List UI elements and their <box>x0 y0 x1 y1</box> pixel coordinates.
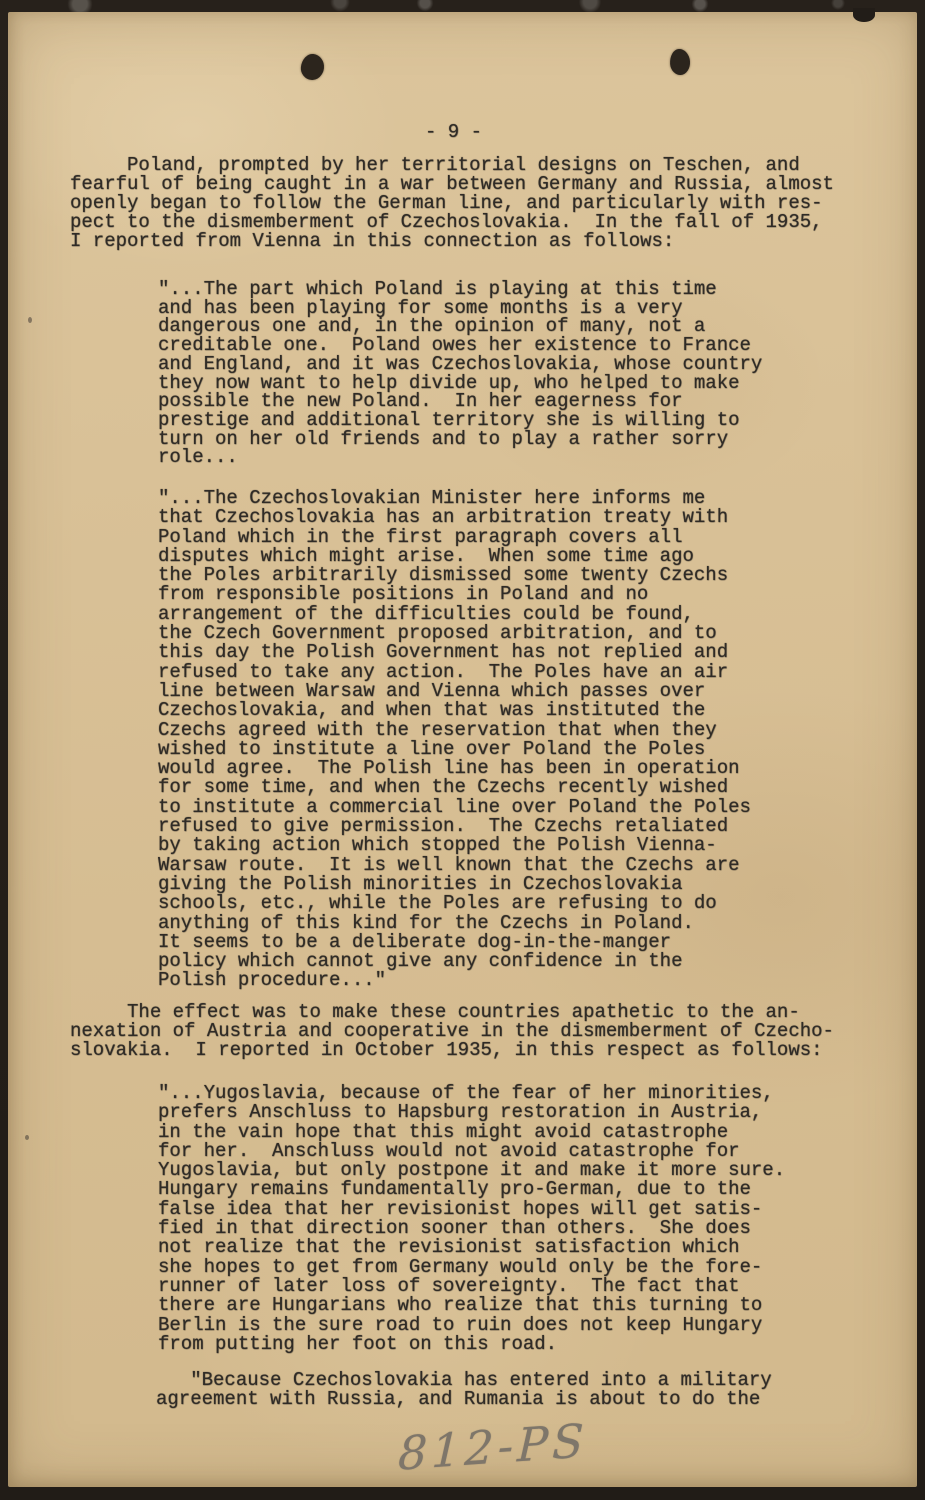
text-line: for some time, and when the Czechs recen… <box>158 778 751 797</box>
text-line: this day the Polish Government has not r… <box>158 643 751 662</box>
text-line: role... <box>158 448 762 467</box>
text-line: "...The part which Poland is playing at … <box>158 280 762 299</box>
text-line: that Czechoslovakia has an arbitration t… <box>158 508 751 527</box>
quote-yugoslavia-hungary: "...Yugoslavia, because of the fear of h… <box>158 1084 785 1354</box>
quote-polands-role: "...The part which Poland is playing at … <box>158 280 762 467</box>
effect-paragraph: The effect was to make these countries a… <box>70 1003 834 1060</box>
text-line: Berlin is the sure road to ruin does not… <box>158 1316 785 1335</box>
text-line: Czechs agreed with the reservation that … <box>158 721 751 740</box>
text-line: I reported from Vienna in this connectio… <box>70 232 834 251</box>
text-line: from responsible positions in Poland and… <box>158 585 751 604</box>
text-line: in the vain hope that this might avoid c… <box>158 1123 785 1142</box>
text-line: creditable one. Poland owes her existenc… <box>158 336 762 355</box>
intro-paragraph: Poland, prompted by her territorial desi… <box>70 156 834 251</box>
text-line: Poland which in the first paragraph cove… <box>158 528 751 547</box>
text-line: anything of this kind for the Czechs in … <box>158 914 751 933</box>
text-line: schools, etc., while the Poles are refus… <box>158 894 751 913</box>
text-line: from putting her foot on this road. <box>158 1335 785 1354</box>
scan-backdrop: - 9 - Poland, prompted by her territoria… <box>0 0 925 1500</box>
text-line: there are Hungarians who realize that th… <box>158 1296 785 1315</box>
hole-punch-left <box>300 53 326 81</box>
hole-punch-right <box>669 48 691 75</box>
paper-edge-notch <box>853 8 875 22</box>
text-line: and England, and it was Czechoslovakia, … <box>158 355 762 374</box>
text-line: turn on her old friends and to play a ra… <box>158 430 762 449</box>
page-number: - 9 - <box>425 121 482 143</box>
ink-speck <box>365 434 368 437</box>
text-line: prefers Anschluss to Hapsburg restoratio… <box>158 1103 785 1122</box>
document-page: - 9 - Poland, prompted by her territoria… <box>8 12 917 1487</box>
exhibit-number-handwritten: 812-PS <box>397 1413 588 1481</box>
quote-czechoslovakian-minister: "...The Czechoslovakian Minister here in… <box>158 489 751 991</box>
quote-czech-military-agreement: "Because Czechoslovakia has entered into… <box>156 1371 772 1409</box>
text-line: Polish procedure..." <box>158 971 751 990</box>
text-line: Czechoslovakia, and when that was instit… <box>158 701 751 720</box>
pencil-speck <box>25 1135 29 1140</box>
text-line: not realize that the revisionist satisfa… <box>158 1238 785 1257</box>
text-line: agreement with Russia, and Rumania is ab… <box>156 1390 772 1409</box>
text-line: slovakia. I reported in October 1935, in… <box>70 1041 834 1060</box>
text-line: by taking action which stopped the Polis… <box>158 836 751 855</box>
text-line: prestige and additional territory she is… <box>158 411 762 430</box>
text-line: Hungary remains fundamentally pro-German… <box>158 1180 785 1199</box>
pencil-speck <box>28 317 32 323</box>
